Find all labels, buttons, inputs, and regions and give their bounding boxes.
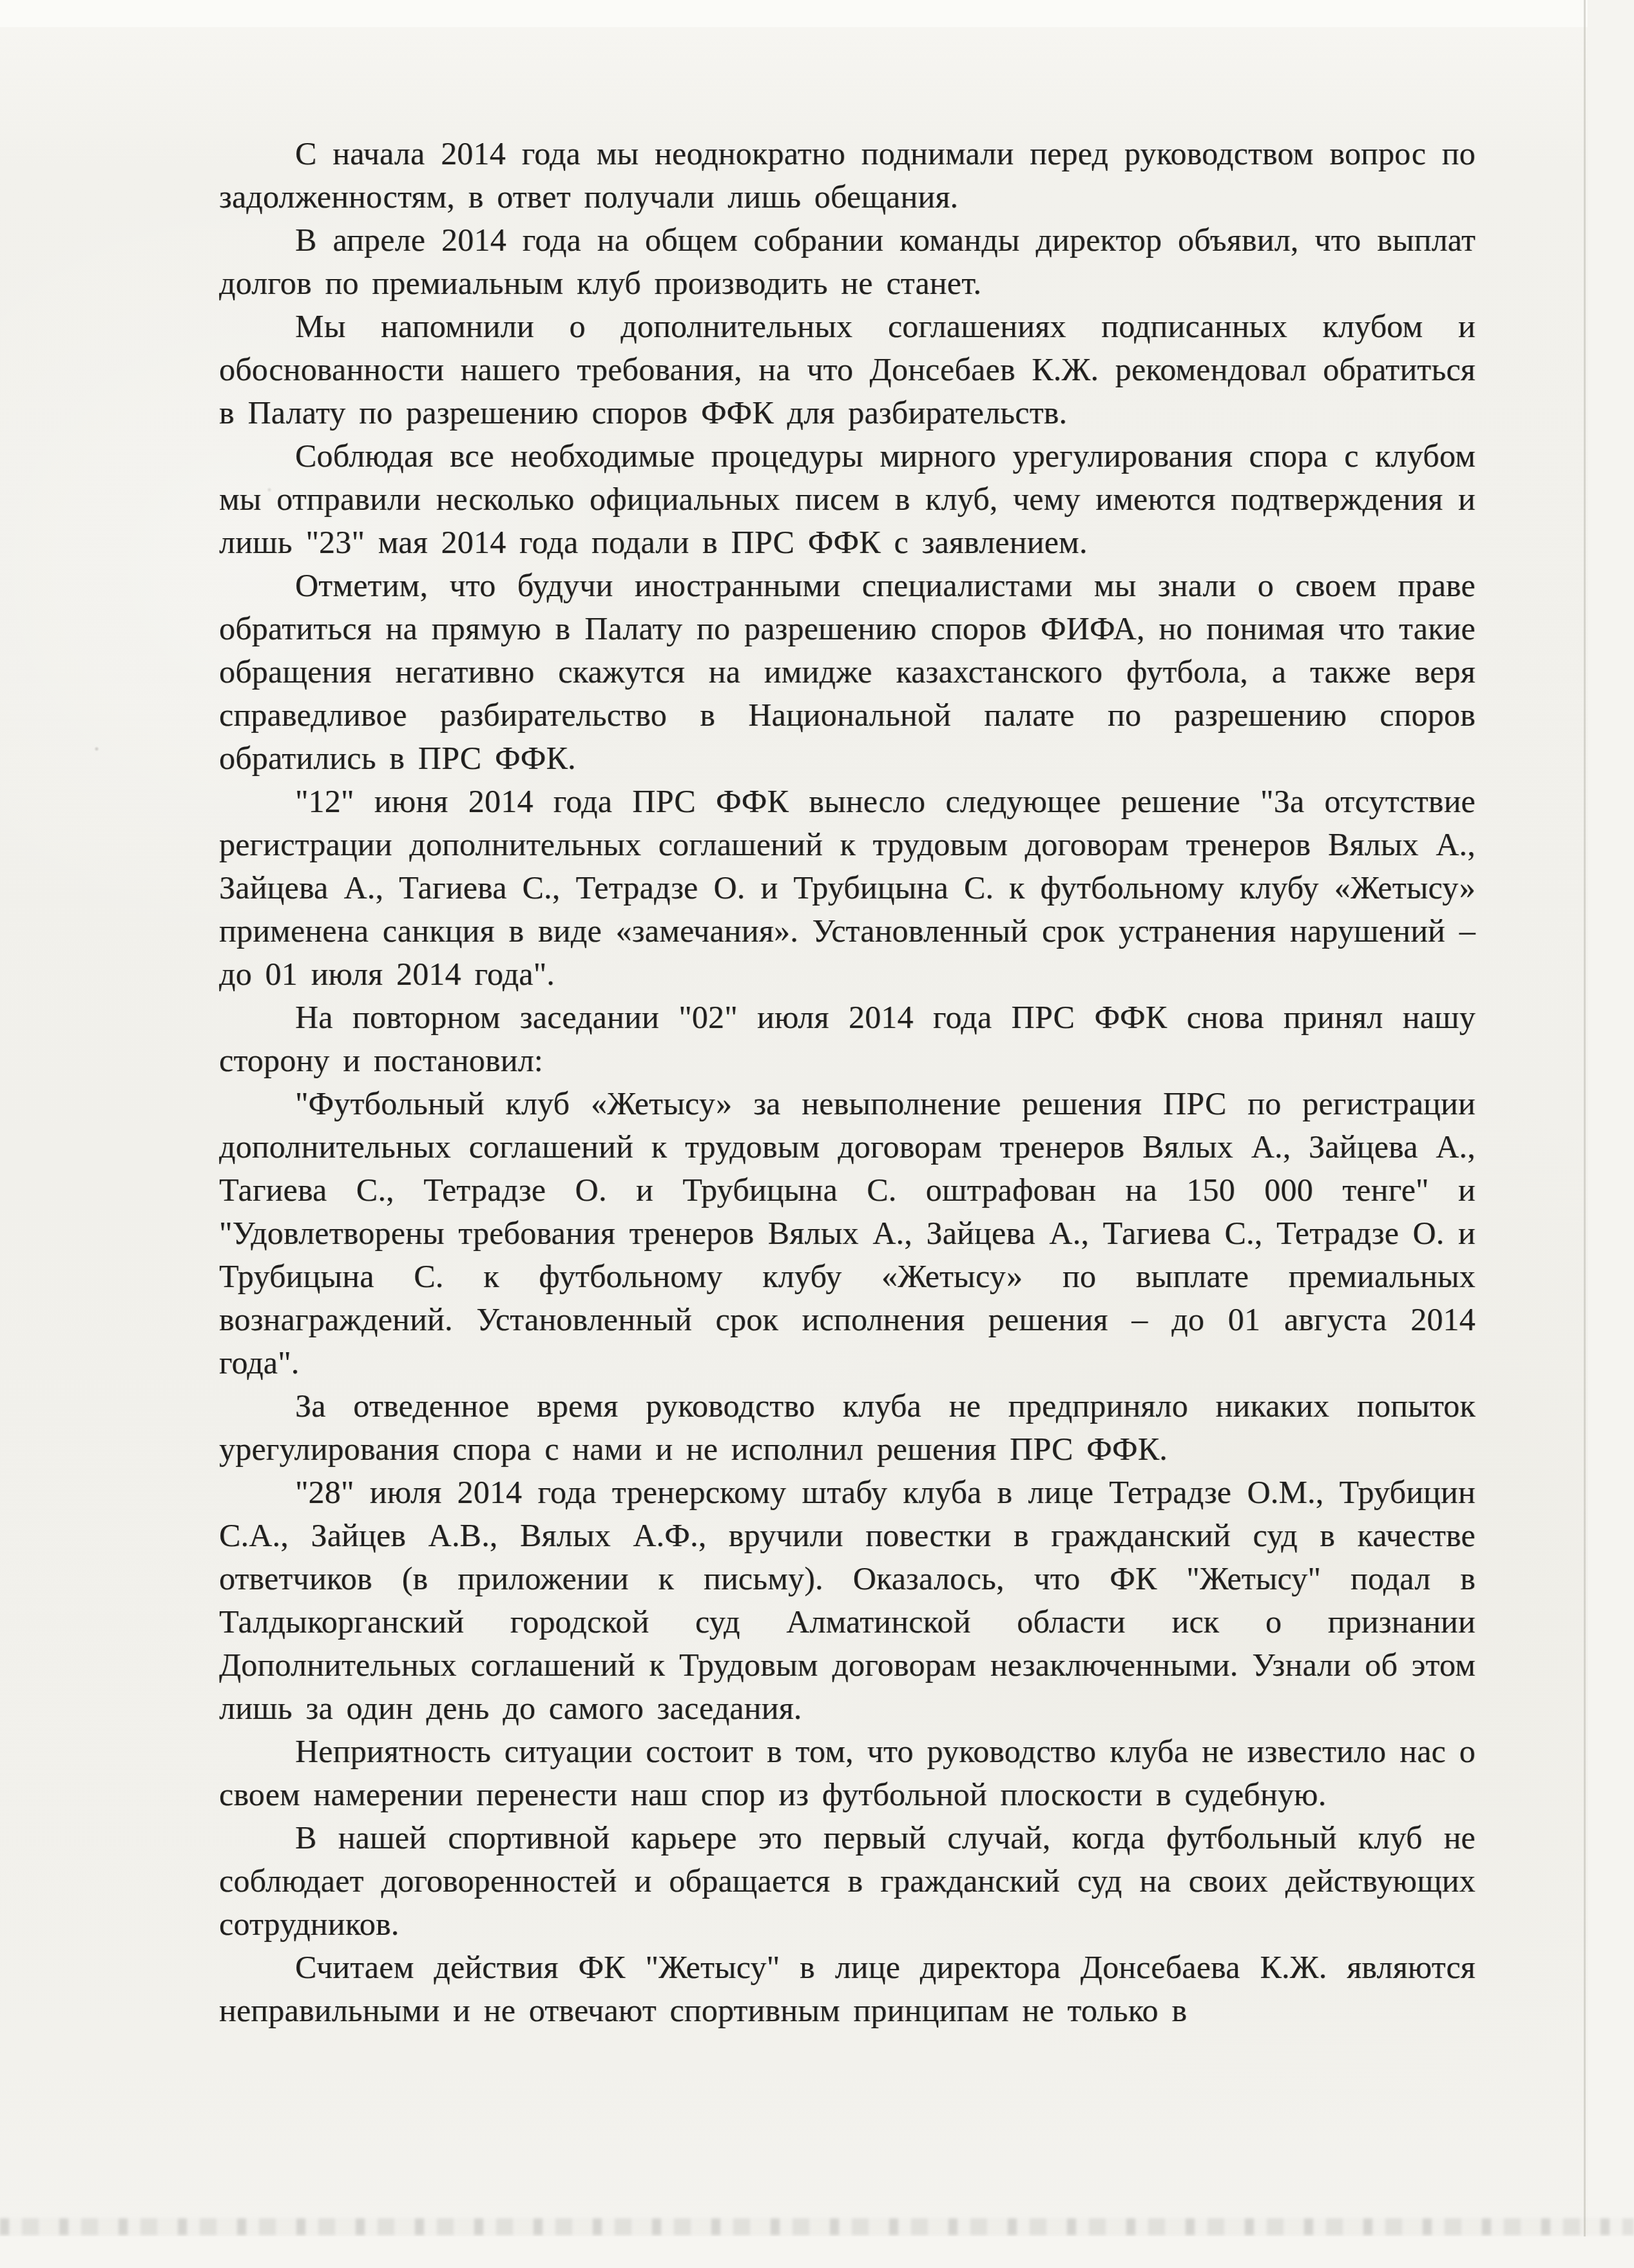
paragraph-1: С начала 2014 года мы неоднократно подни… [219,132,1475,218]
paragraph-6: "12" июня 2014 года ПРС ФФК вынесло след… [219,780,1475,996]
scan-bottom-noise-band [0,2218,1634,2235]
paragraph-10: "28" июля 2014 года тренерскому штабу кл… [219,1471,1475,1730]
paragraph-9: За отведенное время руководство клуба не… [219,1384,1475,1471]
paragraph-12: В нашей спортивной карьере это первый сл… [219,1816,1475,1946]
scan-top-edge-strip [0,0,1634,27]
paragraph-11: Неприятность ситуации состоит в том, что… [219,1730,1475,1816]
paragraph-2: В апреле 2014 года на общем собрании ком… [219,218,1475,305]
paragraph-13: Считаем действия ФК "Жетысу" в лице дире… [219,1946,1475,2032]
scanned-page: С начала 2014 года мы неоднократно подни… [0,0,1634,2268]
document-text: С начала 2014 года мы неоднократно подни… [219,132,1475,2032]
scan-right-margin-shade [1588,0,1634,2268]
scan-paper-edge-line [1584,0,1586,2268]
scan-bottom-edge-strip [0,2236,1634,2268]
paragraph-8: "Футбольный клуб «Жетысу» за невыполнени… [219,1082,1475,1384]
paragraph-5: Отметим, что будучи иностранными специал… [219,564,1475,780]
paragraph-4: Соблюдая все необходимые процедуры мирно… [219,434,1475,564]
paragraph-7: На повторном заседании "02" июля 2014 го… [219,996,1475,1082]
paragraph-3: Мы напомнили о дополнительных соглашения… [219,305,1475,434]
